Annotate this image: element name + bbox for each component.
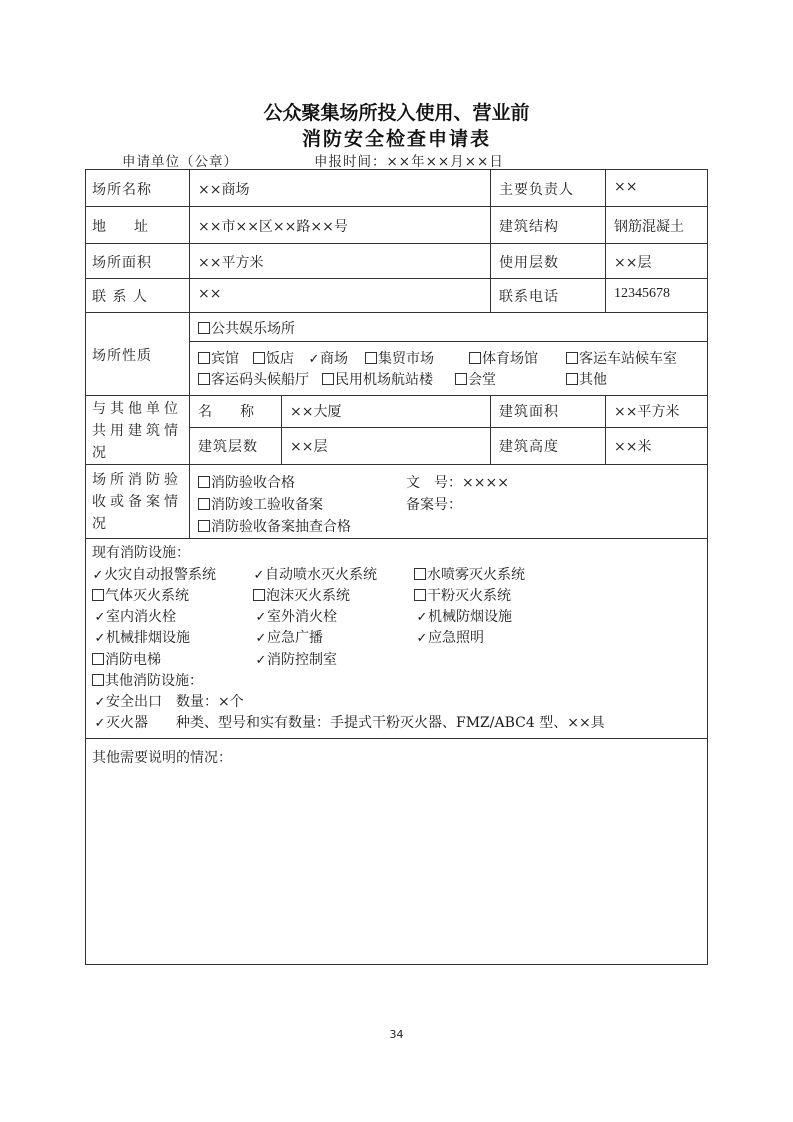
facility-dry-powder[interactable]: 干粉灭火系统 <box>414 585 511 605</box>
nature-option-restaurant[interactable]: 饭店 <box>253 348 294 368</box>
checkmark-icon[interactable]: ✓ <box>255 610 267 625</box>
facility-extinguisher[interactable]: ✓灭火器种类、型号和实有数量：手提式干粉灭火器、FMZ/ABC4 型、××具 <box>94 712 605 732</box>
acceptance-option-spot-check[interactable]: 消防验收备案抽查合格 <box>198 516 351 536</box>
facility-emergency-lighting[interactable]: ✓应急照明 <box>416 627 484 647</box>
shared-name-label: 名 称 <box>198 401 254 421</box>
facility-water-mist[interactable]: 水喷雾灭火系统 <box>414 564 525 584</box>
area-value[interactable]: ××平方米 <box>198 252 263 272</box>
nature-option-public-entertainment[interactable]: 公共娱乐场所 <box>198 318 295 338</box>
row-divider <box>189 341 707 342</box>
facility-emergency-broadcast[interactable]: ✓应急广播 <box>255 627 323 647</box>
checkmark-icon[interactable]: ✓ <box>255 653 267 668</box>
page-number: 34 <box>0 1028 793 1041</box>
nature-option-stadium[interactable]: 体育场馆 <box>469 348 538 368</box>
phone-value[interactable]: 12345678 <box>614 286 670 302</box>
checkmark-icon[interactable]: ✓ <box>94 610 106 625</box>
checkbox-icon[interactable] <box>566 373 578 385</box>
checkbox-icon[interactable] <box>253 352 265 364</box>
shared-building-label: 与其他单位共用建筑情况 <box>92 398 186 464</box>
extinguisher-detail: 种类、型号和实有数量：手提式干粉灭火器、FMZ/ABC4 型、××具 <box>176 715 605 731</box>
row-divider <box>86 206 707 207</box>
checkbox-icon[interactable] <box>92 674 104 686</box>
nature-label: 场所性质 <box>92 345 152 365</box>
venue-name-label: 场所名称 <box>92 179 152 199</box>
facility-smoke-exhaust[interactable]: ✓机械排烟设施 <box>94 627 190 647</box>
checkbox-icon[interactable] <box>198 352 210 364</box>
checkbox-icon[interactable] <box>455 373 467 385</box>
nature-option-other[interactable]: 其他 <box>566 369 607 389</box>
facility-indoor-hydrant[interactable]: ✓室内消火栓 <box>94 606 176 626</box>
remarks-field[interactable] <box>92 770 700 958</box>
col-divider <box>490 395 491 464</box>
checkbox-icon[interactable] <box>365 352 377 364</box>
checkmark-icon[interactable]: ✓ <box>255 631 267 646</box>
row-divider <box>86 278 707 279</box>
application-form-table: 场所名称 ××商场 主要负责人 ×× 地 址 ××市××区××路××号 建筑结构… <box>85 169 708 965</box>
col-divider <box>189 170 190 538</box>
checkbox-icon[interactable] <box>469 352 481 364</box>
shared-name-value[interactable]: ××大厦 <box>290 401 341 421</box>
checkbox-icon[interactable] <box>198 498 210 510</box>
checkbox-icon[interactable] <box>198 322 210 334</box>
contact-value[interactable]: ×× <box>198 286 221 302</box>
floors-used-label: 使用层数 <box>499 252 559 272</box>
row-divider <box>86 538 707 539</box>
facility-smoke-prevention[interactable]: ✓机械防烟设施 <box>416 606 512 626</box>
checkbox-icon[interactable] <box>198 520 210 532</box>
facility-gas-extinguishing[interactable]: 气体灭火系统 <box>92 585 189 605</box>
nature-option-hotel[interactable]: 宾馆 <box>198 348 239 368</box>
facility-sprinkler[interactable]: ✓自动喷水灭火系统 <box>253 564 377 584</box>
row-divider <box>86 243 707 244</box>
contact-label: 联 系 人 <box>92 286 148 306</box>
nature-option-mall[interactable]: ✓商场 <box>308 348 348 368</box>
doc-number-field[interactable]: 文 号：×××× <box>406 472 509 492</box>
floors-used-value[interactable]: ××层 <box>614 252 651 272</box>
venue-name-value[interactable]: ××商场 <box>198 179 249 199</box>
checkmark-icon[interactable]: ✓ <box>253 568 265 583</box>
row-divider <box>86 464 707 465</box>
col-divider <box>605 395 606 464</box>
facility-outdoor-hydrant[interactable]: ✓室外消火栓 <box>255 606 337 626</box>
row-divider <box>86 738 707 739</box>
checkbox-icon[interactable] <box>198 476 210 488</box>
area-label: 场所面积 <box>92 252 152 272</box>
nature-option-airport[interactable]: 民用机场航站楼 <box>322 369 433 389</box>
checkbox-icon[interactable] <box>414 589 426 601</box>
address-label: 地 址 <box>92 216 148 236</box>
facility-control-room[interactable]: ✓消防控制室 <box>255 649 337 669</box>
checkbox-icon[interactable] <box>414 568 426 580</box>
building-height-value[interactable]: ××米 <box>614 436 651 456</box>
building-floors-value[interactable]: ××层 <box>290 436 327 456</box>
nature-option-bus-station[interactable]: 客运车站候车室 <box>566 348 677 368</box>
building-floors-label: 建筑层数 <box>198 436 258 456</box>
facility-other[interactable]: 其他消防设施： <box>92 670 203 690</box>
structure-value[interactable]: 钢筋混凝土 <box>614 216 684 236</box>
col-divider <box>605 170 606 312</box>
checkmark-icon[interactable]: ✓ <box>308 352 320 367</box>
checkbox-icon[interactable] <box>198 373 210 385</box>
facility-fire-alarm[interactable]: ✓火灾自动报警系统 <box>92 564 216 584</box>
facility-fire-elevator[interactable]: 消防电梯 <box>92 649 161 669</box>
checkmark-icon[interactable]: ✓ <box>94 631 106 646</box>
address-value[interactable]: ××市××区××路××号 <box>198 216 348 236</box>
row-divider <box>86 395 707 396</box>
row-divider <box>189 427 707 428</box>
nature-option-market[interactable]: 集贸市场 <box>365 348 434 368</box>
acceptance-option-filing[interactable]: 消防竣工验收备案 <box>198 494 323 514</box>
col-divider <box>281 395 282 464</box>
acceptance-option-passed[interactable]: 消防验收合格 <box>198 472 295 492</box>
building-height-label: 建筑高度 <box>499 436 559 456</box>
acceptance-label: 场所消防验收或备案情况 <box>92 469 186 535</box>
checkbox-icon[interactable] <box>253 589 265 601</box>
form-title-line1: 公众聚集场所投入使用、营业前 <box>0 98 793 125</box>
form-title-line2: 消防安全检查申请表 <box>0 124 793 151</box>
nature-option-hall[interactable]: 会堂 <box>455 369 496 389</box>
applicant-label: 申请单位（公章） <box>122 150 238 170</box>
facility-foam[interactable]: 泡沫灭火系统 <box>253 585 350 605</box>
facility-safety-exit[interactable]: ✓安全出口数量：×个 <box>94 691 244 711</box>
filing-number-field[interactable]: 备案号： <box>406 494 462 514</box>
row-divider <box>86 312 707 313</box>
safety-exit-detail: 数量：×个 <box>176 694 244 710</box>
building-area-value[interactable]: ××平方米 <box>614 401 679 421</box>
checkbox-icon[interactable] <box>566 352 578 364</box>
checkbox-icon[interactable] <box>322 373 334 385</box>
checkbox-icon[interactable] <box>92 589 104 601</box>
checkmark-icon[interactable]: ✓ <box>416 631 428 646</box>
checkmark-icon[interactable]: ✓ <box>416 610 428 625</box>
checkmark-icon[interactable]: ✓ <box>92 568 104 583</box>
col-divider <box>490 170 491 312</box>
remarks-label: 其他需要说明的情况： <box>92 747 232 767</box>
checkmark-icon[interactable]: ✓ <box>94 695 106 710</box>
nature-option-ferry-terminal[interactable]: 客运码头候船厅 <box>198 369 309 389</box>
facilities-label: 现有消防设施： <box>92 542 190 562</box>
checkmark-icon[interactable]: ✓ <box>94 716 106 731</box>
principal-value[interactable]: ×× <box>614 179 637 195</box>
principal-label: 主要负责人 <box>499 179 574 199</box>
structure-label: 建筑结构 <box>499 216 559 236</box>
checkbox-icon[interactable] <box>92 653 104 665</box>
phone-label: 联系电话 <box>499 286 559 306</box>
date-label: 申报时间：××年××月××日 <box>314 150 504 170</box>
building-area-label: 建筑面积 <box>499 401 559 421</box>
